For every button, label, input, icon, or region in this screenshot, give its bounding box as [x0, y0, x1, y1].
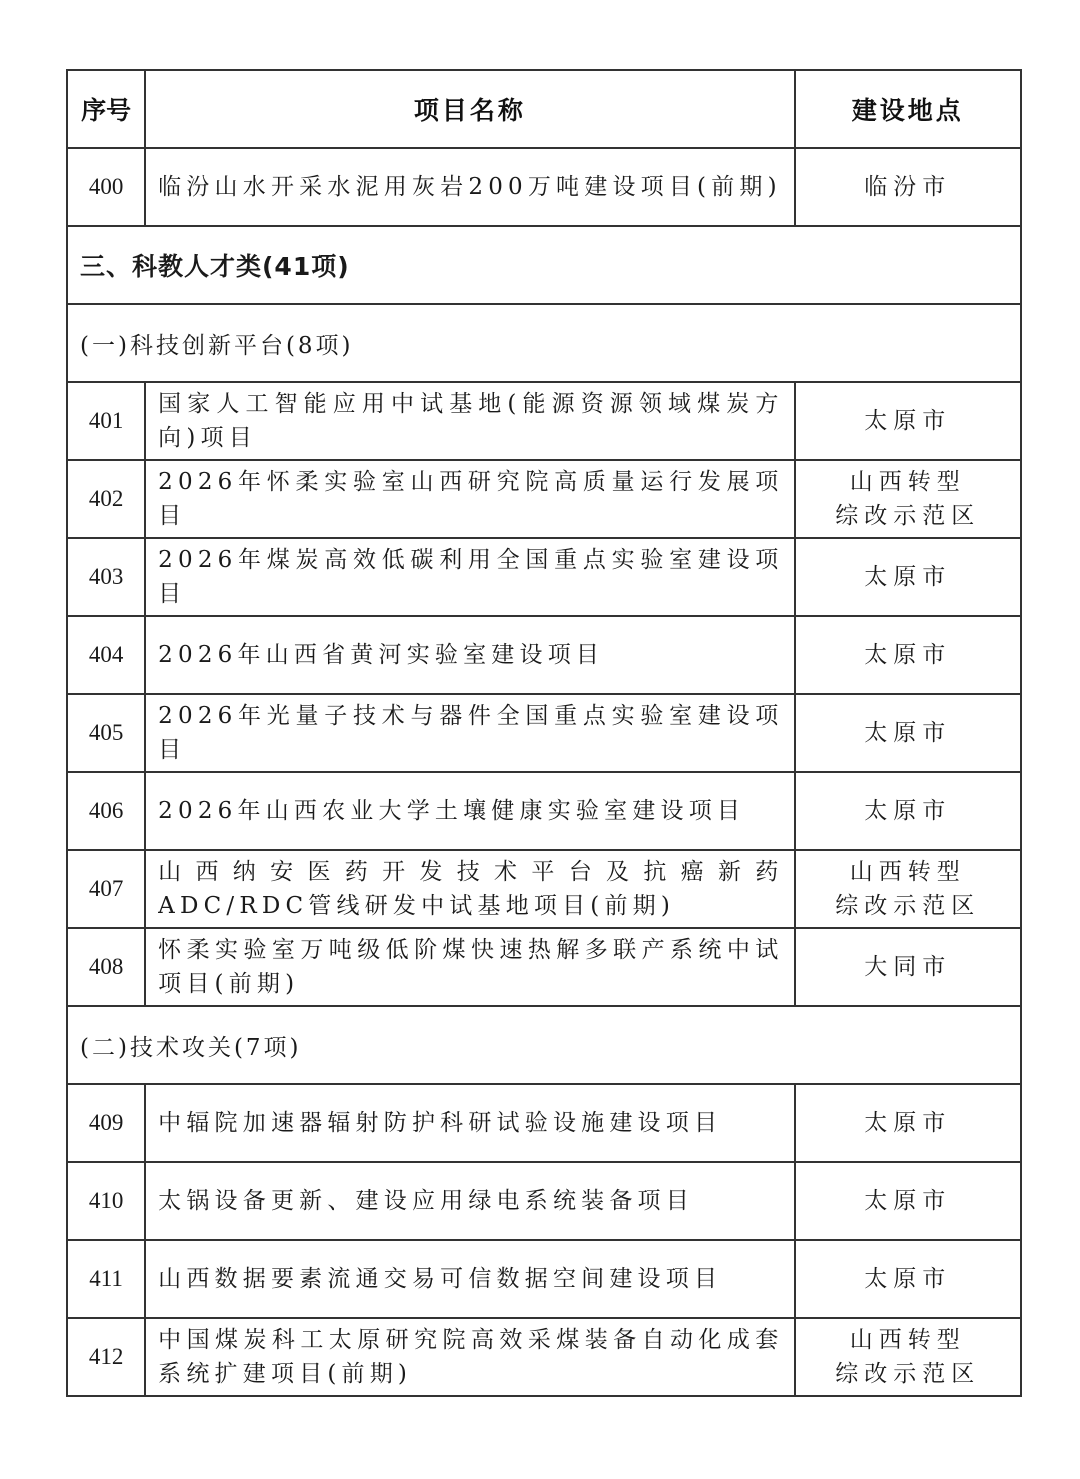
- serial-number: 401: [67, 382, 145, 460]
- table-row: 411 山西数据要素流通交易可信数据空间建设项目 太原市: [67, 1240, 1021, 1318]
- location-line: 太原市: [796, 638, 1020, 672]
- header-project-name: 项目名称: [145, 70, 794, 148]
- location-line: 综改示范区: [796, 1357, 1020, 1391]
- subcategory-row: (一)科技创新平台(8项): [67, 304, 1021, 382]
- location: 太原市: [795, 382, 1021, 460]
- location: 大同市: [795, 928, 1021, 1006]
- project-name: 太锅设备更新、建设应用绿电系统装备项目: [145, 1162, 794, 1240]
- serial-number: 400: [67, 148, 145, 226]
- project-name: 2026年怀柔实验室山西研究院高质量运行发展项目: [145, 460, 794, 538]
- header-location: 建设地点: [795, 70, 1021, 148]
- location: 太原市: [795, 616, 1021, 694]
- project-name: 山西纳安医药开发技术平台及抗癌新药ADC/RDC管线研发中试基地项目(前期): [145, 850, 794, 928]
- serial-number: 402: [67, 460, 145, 538]
- subcategory-title: (二)技术攻关(7项): [67, 1006, 1021, 1084]
- location-line: 山西转型: [796, 855, 1020, 889]
- serial-number: 409: [67, 1084, 145, 1162]
- project-list-table: 序号 项目名称 建设地点 400 临汾山水开采水泥用灰岩200万吨建设项目(前期…: [66, 69, 1022, 1397]
- table-row: 410 太锅设备更新、建设应用绿电系统装备项目 太原市: [67, 1162, 1021, 1240]
- location-line: 太原市: [796, 1262, 1020, 1296]
- location: 太原市: [795, 694, 1021, 772]
- serial-number: 404: [67, 616, 145, 694]
- table-row: 400 临汾山水开采水泥用灰岩200万吨建设项目(前期) 临汾市: [67, 148, 1021, 226]
- location: 太原市: [795, 1162, 1021, 1240]
- project-name: 山西数据要素流通交易可信数据空间建设项目: [145, 1240, 794, 1318]
- table-row: 405 2026年光量子技术与器件全国重点实验室建设项目 太原市: [67, 694, 1021, 772]
- table-row: 406 2026年山西农业大学土壤健康实验室建设项目 太原市: [67, 772, 1021, 850]
- table-row: 412 中国煤炭科工太原研究院高效采煤装备自动化成套系统扩建项目(前期) 山西转…: [67, 1318, 1021, 1396]
- location-line: 山西转型: [796, 465, 1020, 499]
- table-row: 402 2026年怀柔实验室山西研究院高质量运行发展项目 山西转型 综改示范区: [67, 460, 1021, 538]
- table-row: 409 中辐院加速器辐射防护科研试验设施建设项目 太原市: [67, 1084, 1021, 1162]
- table-row: 407 山西纳安医药开发技术平台及抗癌新药ADC/RDC管线研发中试基地项目(前…: [67, 850, 1021, 928]
- header-serial-number: 序号: [67, 70, 145, 148]
- location: 山西转型 综改示范区: [795, 850, 1021, 928]
- location-line: 太原市: [796, 404, 1020, 438]
- location: 太原市: [795, 538, 1021, 616]
- project-name: 国家人工智能应用中试基地(能源资源领域煤炭方向)项目: [145, 382, 794, 460]
- table-row: 408 怀柔实验室万吨级低阶煤快速热解多联产系统中试项目(前期) 大同市: [67, 928, 1021, 1006]
- project-name: 2026年山西农业大学土壤健康实验室建设项目: [145, 772, 794, 850]
- table-header-row: 序号 项目名称 建设地点: [67, 70, 1021, 148]
- category-row: 三、科教人才类(41项): [67, 226, 1021, 304]
- location: 太原市: [795, 772, 1021, 850]
- location-line: 太原市: [796, 1106, 1020, 1140]
- serial-number: 405: [67, 694, 145, 772]
- project-name: 中辐院加速器辐射防护科研试验设施建设项目: [145, 1084, 794, 1162]
- location: 山西转型 综改示范区: [795, 1318, 1021, 1396]
- location-line: 太原市: [796, 794, 1020, 828]
- subcategory-title: (一)科技创新平台(8项): [67, 304, 1021, 382]
- project-name: 2026年煤炭高效低碳利用全国重点实验室建设项目: [145, 538, 794, 616]
- location-line: 太原市: [796, 1184, 1020, 1218]
- serial-number: 408: [67, 928, 145, 1006]
- project-name: 2026年山西省黄河实验室建设项目: [145, 616, 794, 694]
- serial-number: 407: [67, 850, 145, 928]
- serial-number: 412: [67, 1318, 145, 1396]
- location: 临汾市: [795, 148, 1021, 226]
- project-name: 中国煤炭科工太原研究院高效采煤装备自动化成套系统扩建项目(前期): [145, 1318, 794, 1396]
- location-line: 太原市: [796, 560, 1020, 594]
- location-line: 大同市: [796, 950, 1020, 984]
- location-line: 山西转型: [796, 1323, 1020, 1357]
- serial-number: 411: [67, 1240, 145, 1318]
- subcategory-row: (二)技术攻关(7项): [67, 1006, 1021, 1084]
- category-title: 三、科教人才类(41项): [67, 226, 1021, 304]
- serial-number: 403: [67, 538, 145, 616]
- table-row: 401 国家人工智能应用中试基地(能源资源领域煤炭方向)项目 太原市: [67, 382, 1021, 460]
- table-body: 400 临汾山水开采水泥用灰岩200万吨建设项目(前期) 临汾市 三、科教人才类…: [67, 148, 1021, 1396]
- project-name: 临汾山水开采水泥用灰岩200万吨建设项目(前期): [145, 148, 794, 226]
- location-line: 太原市: [796, 716, 1020, 750]
- project-name: 怀柔实验室万吨级低阶煤快速热解多联产系统中试项目(前期): [145, 928, 794, 1006]
- serial-number: 410: [67, 1162, 145, 1240]
- serial-number: 406: [67, 772, 145, 850]
- table-row: 403 2026年煤炭高效低碳利用全国重点实验室建设项目 太原市: [67, 538, 1021, 616]
- location: 太原市: [795, 1084, 1021, 1162]
- location-line: 临汾市: [796, 170, 1020, 204]
- table-row: 404 2026年山西省黄河实验室建设项目 太原市: [67, 616, 1021, 694]
- location-line: 综改示范区: [796, 889, 1020, 923]
- location: 太原市: [795, 1240, 1021, 1318]
- project-name: 2026年光量子技术与器件全国重点实验室建设项目: [145, 694, 794, 772]
- location-line: 综改示范区: [796, 499, 1020, 533]
- location: 山西转型 综改示范区: [795, 460, 1021, 538]
